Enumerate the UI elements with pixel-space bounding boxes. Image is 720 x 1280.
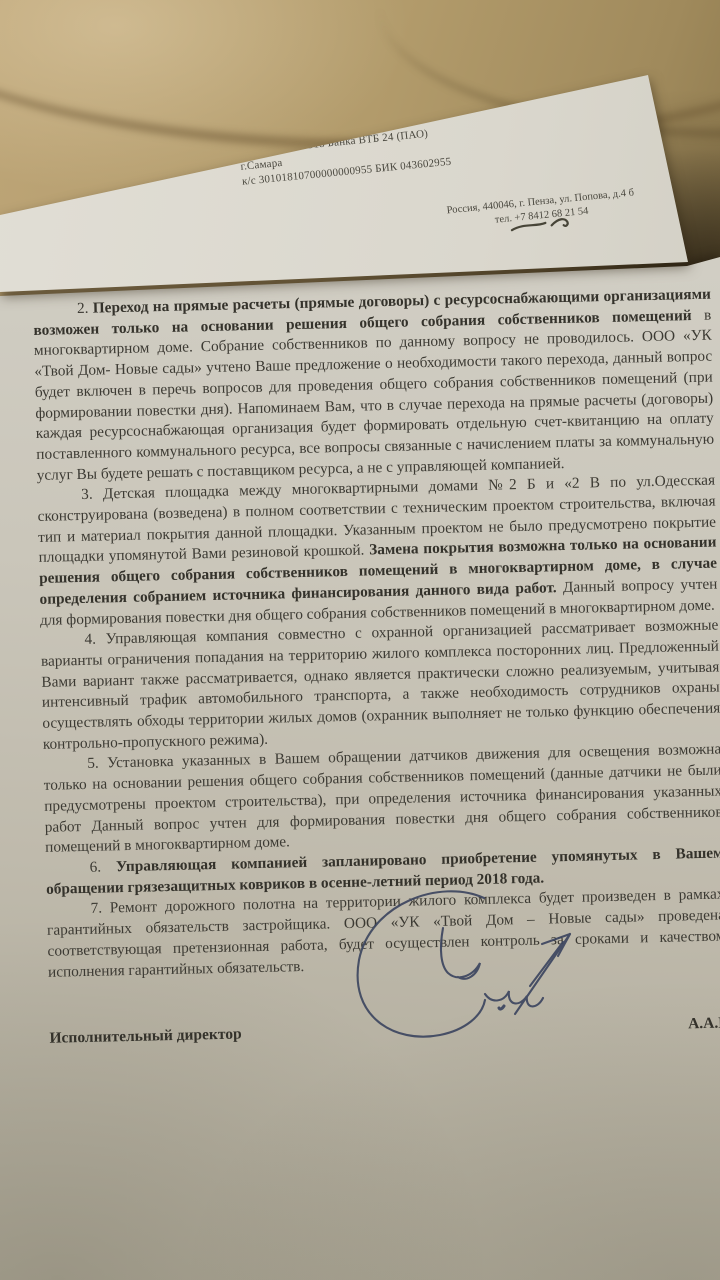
letter-paragraph: 3. Детская площадка между многоквартирны… — [37, 471, 718, 631]
paragraph-segment: 5. Установка указанных в Вашем обращении… — [44, 741, 720, 856]
handwritten-signature — [344, 890, 588, 1046]
signer-name: А.А.Есин — [688, 1013, 720, 1035]
photo-of-letter: ООО «УК «Твой Дом – Новые сады» ИНН 5837… — [0, 0, 720, 1280]
paragraph-segment: 6. — [89, 858, 116, 876]
letter-paragraph: 5. Установка указанных в Вашем обращении… — [43, 740, 720, 859]
letter-paragraph: 4. Управляющая компания совместно с охра… — [40, 616, 720, 756]
paragraph-segment: 4. Управляющая компания совместно с охра… — [41, 617, 720, 753]
paragraph-segment: 2. — [77, 300, 93, 317]
letter-paragraph: 2. Переход на прямые расчеты (прямые дог… — [33, 285, 715, 487]
letter-page-content: 2. Переход на прямые расчеты (прямые дог… — [0, 0, 720, 1280]
signer-title: Исполнительный директор — [49, 1025, 242, 1050]
paragraph-segment: Замена покрытия возможна только на основ… — [39, 534, 717, 608]
